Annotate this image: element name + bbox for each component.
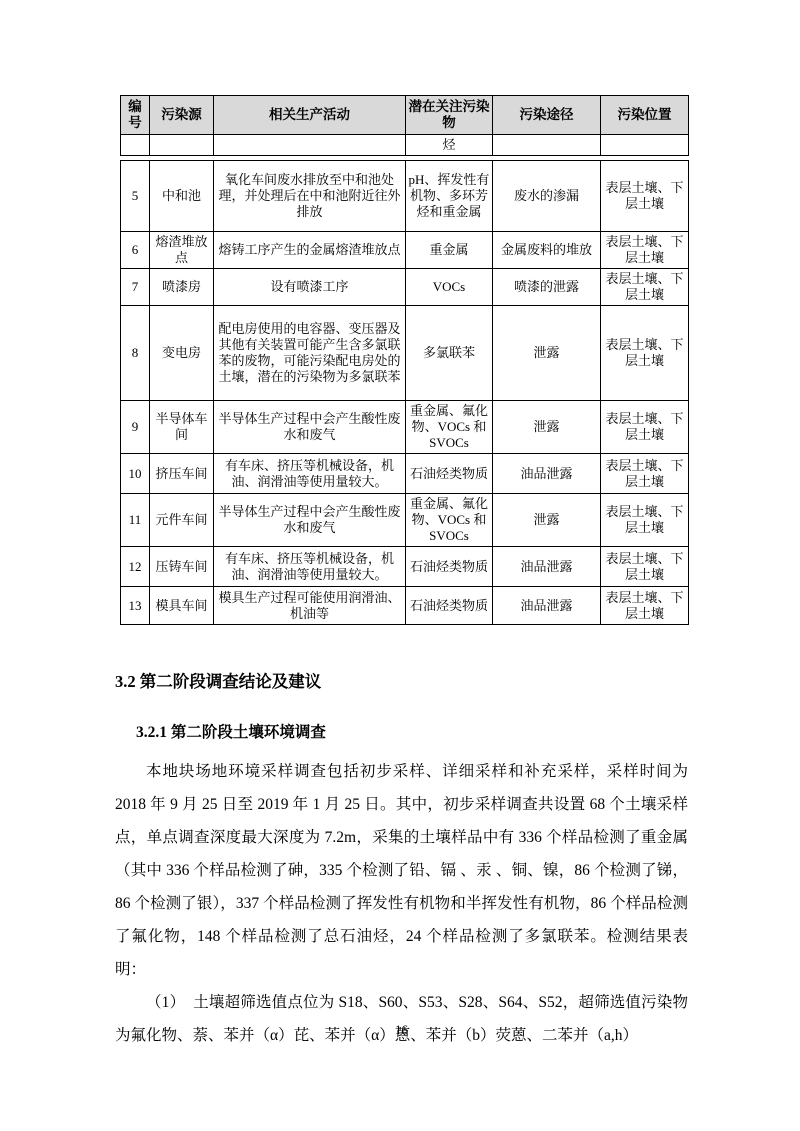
header-pollutants: 潜在关注污染物 [406, 96, 493, 135]
cell-activity [214, 135, 406, 156]
cell-pathway: 油品泄露 [493, 547, 601, 587]
cell-activity: 熔铸工序产生的金属熔渣堆放点 [214, 232, 406, 269]
cell-location: 表层土壤、下层土壤 [601, 161, 689, 232]
cell-pollutants: pH、挥发性有机物、多环芳烃和重金属 [406, 161, 493, 232]
cell-pollutants: 石油烃类物质 [406, 587, 493, 625]
cell-location: 表层土壤、下层土壤 [601, 494, 689, 547]
table-row: 7喷漆房设有喷漆工序VOCs喷漆的泄露表层土壤、下层土壤 [121, 269, 689, 306]
cell-number: 13 [121, 587, 150, 625]
cell-location: 表层土壤、下层土壤 [601, 587, 689, 625]
cell-source: 喷漆房 [150, 269, 214, 306]
cell-pathway: 油品泄露 [493, 587, 601, 625]
cell-number: 5 [121, 161, 150, 232]
header-source: 污染源 [150, 96, 214, 135]
table-row: 6熔渣堆放点熔铸工序产生的金属熔渣堆放点重金属金属废料的堆放表层土壤、下层土壤 [121, 232, 689, 269]
cell-number: 10 [121, 454, 150, 494]
header-pathway: 污染途径 [493, 96, 601, 135]
body-paragraph-1: 本地块场地环境采样调查包括初步采样、详细采样和补充采样，采样时间为 2018 年… [115, 755, 688, 986]
cell-number [121, 135, 150, 156]
header-activity: 相关生产活动 [214, 96, 406, 135]
cell-source: 模具车间 [150, 587, 214, 625]
page-number: 16 [115, 1022, 688, 1038]
pollution-table-header-chunk: 编号 污染源 相关生产活动 潜在关注污染物 污染途径 污染位置 烃 [120, 95, 689, 156]
table-row: 10挤压车间有车床、挤压等机械设备，机油、润滑油等使用量较大。石油烃类物质油品泄… [121, 454, 689, 494]
cell-pathway: 金属废料的堆放 [493, 232, 601, 269]
cell-location [601, 135, 689, 156]
cell-pathway: 泄露 [493, 401, 601, 454]
cell-pollutants: 重金属、氟化物、VOCs 和 SVOCs [406, 401, 493, 454]
cell-number: 11 [121, 494, 150, 547]
cell-source: 元件车间 [150, 494, 214, 547]
cell-activity: 设有喷漆工序 [214, 269, 406, 306]
cell-pollutants: 重金属 [406, 232, 493, 269]
table-row: 5中和池氧化车间废水排放至中和池处理，并处理后在中和池附近往外排放pH、挥发性有… [121, 161, 689, 232]
pollution-table-body-chunk: 5中和池氧化车间废水排放至中和池处理，并处理后在中和池附近往外排放pH、挥发性有… [120, 160, 689, 625]
cell-location: 表层土壤、下层土壤 [601, 454, 689, 494]
cell-pathway: 废水的渗漏 [493, 161, 601, 232]
cell-number: 9 [121, 401, 150, 454]
cell-source: 变电房 [150, 306, 214, 401]
cell-pathway: 泄露 [493, 494, 601, 547]
cell-activity: 氧化车间废水排放至中和池处理，并处理后在中和池附近往外排放 [214, 161, 406, 232]
cell-pollutants: 石油烃类物质 [406, 454, 493, 494]
cell-source: 挤压车间 [150, 454, 214, 494]
cell-activity: 半导体生产过程中会产生酸性废水和废气 [214, 494, 406, 547]
cell-pollutants: 重金属、氟化物、VOCs 和 SVOCs [406, 494, 493, 547]
header-location: 污染位置 [601, 96, 689, 135]
cell-pathway: 油品泄露 [493, 454, 601, 494]
cell-pathway: 泄露 [493, 306, 601, 401]
table-row: 12压铸车间有车床、挤压等机械设备，机油、润滑油等使用量较大。石油烃类物质油品泄… [121, 547, 689, 587]
section-subheading: 3.2.1 第二阶段土壤环境调查 [136, 720, 688, 742]
cell-activity: 模具生产过程可能使用润滑油、机油等 [214, 587, 406, 625]
header-number: 编号 [121, 96, 150, 135]
continuation-row: 烃 [121, 135, 689, 156]
cell-source: 熔渣堆放点 [150, 232, 214, 269]
table-row: 9半导体车间半导体生产过程中会产生酸性废水和废气重金属、氟化物、VOCs 和 S… [121, 401, 689, 454]
pollution-source-table: 编号 污染源 相关生产活动 潜在关注污染物 污染途径 污染位置 烃 [120, 95, 688, 625]
cell-pathway [493, 135, 601, 156]
cell-source: 压铸车间 [150, 547, 214, 587]
cell-source: 半导体车间 [150, 401, 214, 454]
cell-activity: 配电房使用的电容器、变压器及其他有关装置可能产生含多氯联苯的废物，可能污染配电房… [214, 306, 406, 401]
document-page: 编号 污染源 相关生产活动 潜在关注污染物 污染途径 污染位置 烃 [0, 0, 800, 1131]
cell-activity: 半导体生产过程中会产生酸性废水和废气 [214, 401, 406, 454]
cell-number: 12 [121, 547, 150, 587]
section-heading: 3.2 第二阶段调查结论及建议 [115, 668, 688, 692]
cell-location: 表层土壤、下层土壤 [601, 547, 689, 587]
table-header-row: 编号 污染源 相关生产活动 潜在关注污染物 污染途径 污染位置 [121, 96, 689, 135]
cell-pollutants: 多氯联苯 [406, 306, 493, 401]
cell-source: 中和池 [150, 161, 214, 232]
body-paragraph-2: （1） 土壤超筛选值点位为 S18、S60、S53、S28、S64、S52，超筛… [115, 986, 688, 1052]
cell-number: 7 [121, 269, 150, 306]
table-row: 13模具车间模具生产过程可能使用润滑油、机油等石油烃类物质油品泄露表层土壤、下层… [121, 587, 689, 625]
table-row: 11元件车间半导体生产过程中会产生酸性废水和废气重金属、氟化物、VOCs 和 S… [121, 494, 689, 547]
section-text: 3.2 第二阶段调查结论及建议 3.2.1 第二阶段土壤环境调查 本地块场地环境… [115, 668, 688, 1052]
pollution-table-body: 5中和池氧化车间废水排放至中和池处理，并处理后在中和池附近往外排放pH、挥发性有… [121, 161, 689, 625]
cell-pathway: 喷漆的泄露 [493, 269, 601, 306]
cell-activity: 有车床、挤压等机械设备，机油、润滑油等使用量较大。 [214, 454, 406, 494]
cell-number: 6 [121, 232, 150, 269]
cell-number: 8 [121, 306, 150, 401]
cell-pollutants: 烃 [406, 135, 493, 156]
cell-location: 表层土壤、下层土壤 [601, 401, 689, 454]
cell-location: 表层土壤、下层土壤 [601, 232, 689, 269]
table-row: 8变电房配电房使用的电容器、变压器及其他有关装置可能产生含多氯联苯的废物，可能污… [121, 306, 689, 401]
cell-pollutants: VOCs [406, 269, 493, 306]
cell-location: 表层土壤、下层土壤 [601, 269, 689, 306]
cell-location: 表层土壤、下层土壤 [601, 306, 689, 401]
cell-pollutants: 石油烃类物质 [406, 547, 493, 587]
cell-source [150, 135, 214, 156]
cell-activity: 有车床、挤压等机械设备，机油、润滑油等使用量较大。 [214, 547, 406, 587]
